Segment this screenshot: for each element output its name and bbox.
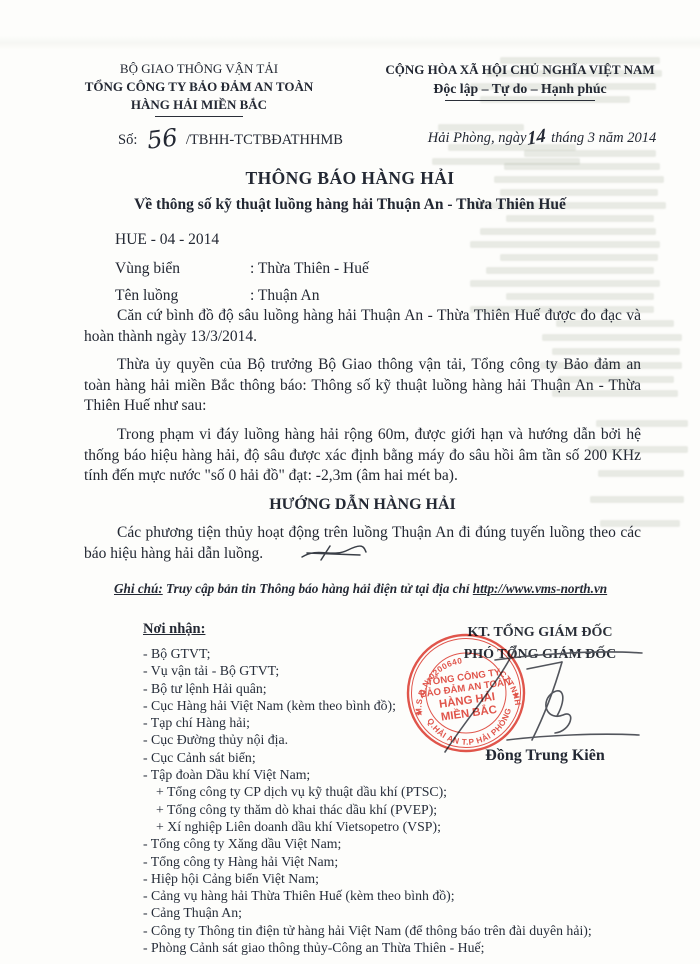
recipient-item: - Cảng Thuận An; <box>143 904 623 921</box>
paragraph-basis: Căn cứ bình đồ độ sâu luồng hàng hải Thu… <box>84 306 641 347</box>
paragraph-specs: Trong phạm vi đáy luồng hàng hải rộng 60… <box>84 425 641 487</box>
recipient-item: - Tổng công ty Hàng hải Việt Nam; <box>143 853 623 870</box>
recipient-item: - Cảng vụ hàng hải Thừa Thiên Huế (kèm t… <box>143 887 623 904</box>
document-page: BỘ GIAO THÔNG VẬN TẢI TỔNG CÔNG TY BẢO Đ… <box>0 0 700 964</box>
field-channel-name: Tên luồng : Thuận An <box>115 287 535 305</box>
official-red-stamp: M.S.D.N:0200640 CTTNHH Q.HẢI AN T.P HẢI … <box>403 630 529 761</box>
country-title: CỘNG HÒA XÃ HỘI CHỦ NGHĨA VIỆT NAM <box>368 60 672 79</box>
guidance-heading: HƯỚNG DẪN HÀNG HẢI <box>84 495 641 516</box>
recipient-item: - Công ty Thông tin điện tử hàng hải Việ… <box>143 922 623 939</box>
number-label: Số: <box>118 132 137 148</box>
paragraph-authorization: Thừa ủy quyền của Bộ trưởng Bộ Giao thôn… <box>84 355 641 417</box>
number-suffix: /TBHH-TCTBĐATHHMB <box>186 132 343 148</box>
date-post: tháng 3 năm 2014 <box>551 130 656 146</box>
header-right-divider <box>445 100 595 101</box>
recipient-item: - Phòng Cảnh sát giao thông thủy-Công an… <box>143 939 623 956</box>
field-sea-area: Vùng biển : Thừa Thiên - Huế <box>115 260 535 278</box>
recipient-item: + Tổng công ty CP dịch vụ kỹ thuật dầu k… <box>143 783 623 800</box>
recipient-item: - Tổng công ty Xăng dầu Việt Nam; <box>143 835 623 852</box>
body-text: Căn cứ bình đồ độ sâu luồng hàng hải Thu… <box>84 306 641 576</box>
corporation-name-line1: TỔNG CÔNG TY BẢO ĐẢM AN TOÀN <box>58 78 340 96</box>
note-text: Truy cập bản tin Thông báo hàng hải điện… <box>163 581 473 596</box>
ministry-name: BỘ GIAO THÔNG VẬN TẢI <box>58 60 340 78</box>
note-url: http://www.vms-north.vn <box>473 581 607 596</box>
note-label: Ghi chú: <box>114 581 163 596</box>
stamp-star-right: ★ <box>511 690 521 701</box>
handwritten-number: 56 <box>146 123 180 155</box>
motto-line: Độc lập – Tự do – Hạnh phúc <box>368 79 672 98</box>
bleedthrough-line <box>500 189 658 196</box>
reference-block: HUE - 04 - 2014 Vùng biển : Thừa Thiên -… <box>115 231 535 314</box>
document-title: THÔNG BÁO HÀNG HẢI <box>0 168 700 189</box>
place-date-line: Hải Phòng, ngày14 tháng 3 năm 2014 <box>402 126 682 148</box>
field-value: : Thừa Thiên - Huế <box>250 260 369 278</box>
field-value: : Thuận An <box>250 287 319 305</box>
handwritten-day: 14 <box>527 125 546 151</box>
national-motto-block: CỘNG HÒA XÃ HỘI CHỦ NGHĨA VIỆT NAM Độc l… <box>368 60 672 101</box>
note-line: Ghi chú: Truy cập bản tin Thông báo hàng… <box>114 581 674 597</box>
stamp-star-left: ★ <box>415 707 425 718</box>
recipient-item: - Hiệp hội Cảng biển Việt Nam; <box>143 870 623 887</box>
paragraph-guidance: Các phương tiện thủy hoạt động trên luồn… <box>84 523 641 567</box>
recipient-item: + Xí nghiệp Liên doanh dầu khí Vietsopet… <box>143 818 623 835</box>
recipient-item: - Tập đoàn Dầu khí Việt Nam; <box>143 766 623 783</box>
document-number-line: Số:56/TBHH-TCTBĐATHHMB <box>118 122 428 150</box>
pen-flourish-mark <box>267 544 368 568</box>
bleedthrough-line <box>524 150 656 157</box>
field-label: Vùng biển <box>115 260 250 278</box>
notice-code: HUE - 04 - 2014 <box>115 231 535 249</box>
bleedthrough-line <box>506 215 654 222</box>
field-label: Tên luồng <box>115 287 250 305</box>
date-pre: Hải Phòng, ngày <box>428 130 527 146</box>
recipient-item: + Tổng công ty thăm dò khai thác dầu khí… <box>143 801 623 818</box>
issuing-authority-block: BỘ GIAO THÔNG VẬN TẢI TỔNG CÔNG TY BẢO Đ… <box>58 60 340 117</box>
header-left-divider <box>155 116 243 117</box>
document-subtitle: Về thông số kỹ thuật luồng hàng hải Thuậ… <box>0 196 700 214</box>
corporation-name-line2: HÀNG HẢI MIỀN BẮC <box>58 96 340 114</box>
